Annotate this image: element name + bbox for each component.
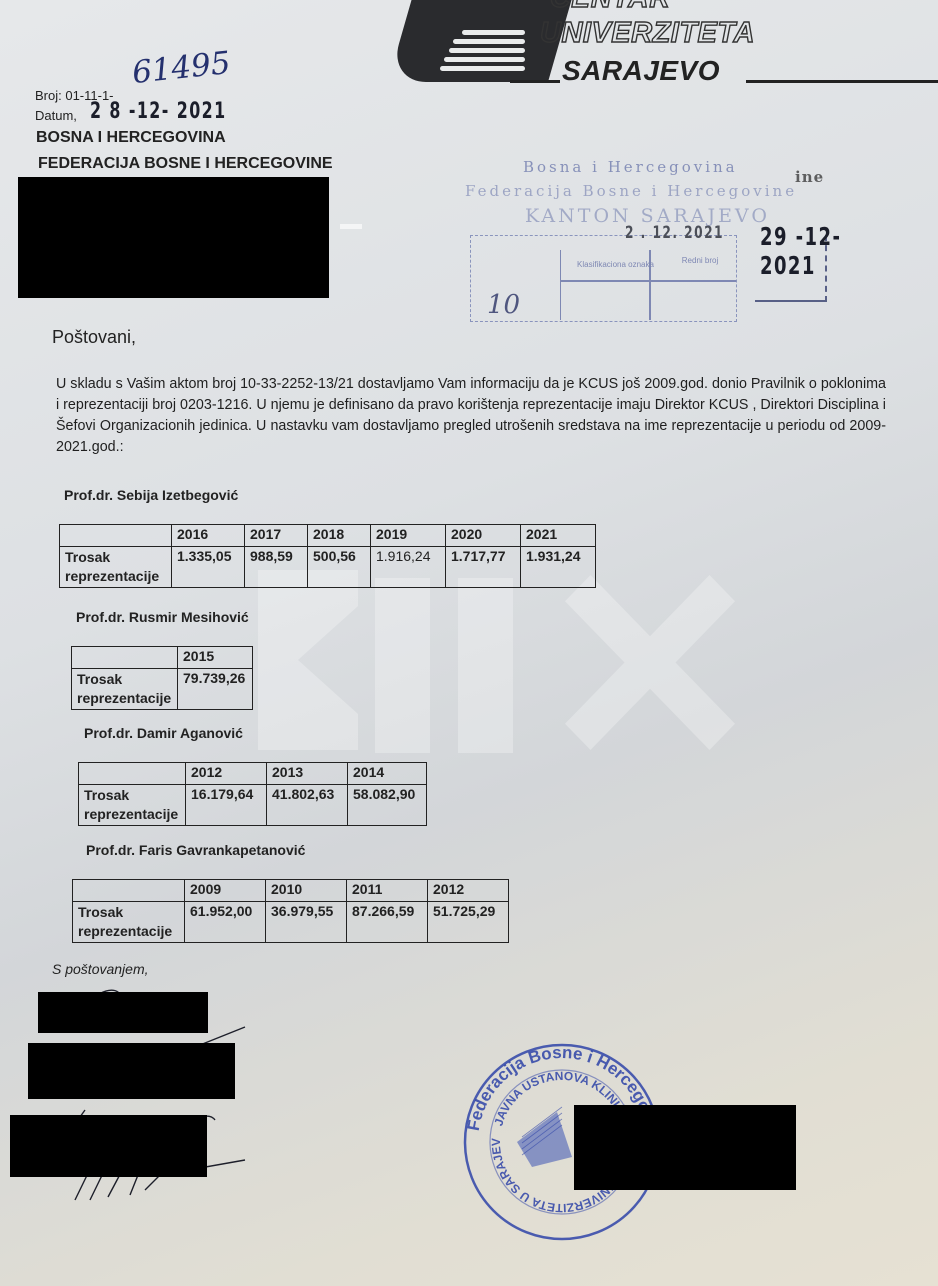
received-date: 29 -12- 2021 [760, 222, 888, 280]
year-cell: 2013 [267, 763, 348, 785]
year-cell: 2016 [172, 525, 245, 547]
redacted-recipient [18, 177, 329, 298]
year-cell: 2021 [521, 525, 596, 547]
greeting: Poštovani, [52, 327, 136, 348]
value-cell: 1.931,24 [521, 547, 596, 588]
redacted-signatory-1 [38, 992, 208, 1033]
row-label: Trosak reprezentacije [60, 547, 172, 588]
scan-artifact [340, 224, 362, 229]
value-cell: 988,59 [245, 547, 308, 588]
country-heading: BOSNA I HERCEGOVINA [36, 129, 226, 147]
table-row: Trosak reprezentacije 61.952,00 36.979,5… [73, 902, 509, 943]
reference-number-handwritten: 61495 [130, 45, 232, 91]
letterhead-line-3: SARAJEVO [562, 55, 720, 87]
stamp-line-2: Federacija Bosne i Hercegovine [465, 182, 797, 200]
table-row: Trosak reprezentacije 1.335,05 988,59 50… [60, 547, 596, 588]
value-cell: 1.717,77 [446, 547, 521, 588]
table-header-row: 2016 2017 2018 2019 2020 2021 [60, 525, 596, 547]
table-corner-cell [79, 763, 186, 785]
letterhead-rule [510, 80, 560, 83]
stamp-fragment: ine [795, 168, 824, 186]
value-cell: 500,56 [308, 547, 371, 588]
cost-table: 2009 2010 2011 2012 Trosak reprezentacij… [72, 879, 509, 943]
table-corner-cell [72, 647, 178, 669]
table-corner-cell [60, 525, 172, 547]
table-header-row: 2012 2013 2014 [79, 763, 427, 785]
stamp-line-1: Bosna i Hercegovina [523, 158, 738, 176]
closing-regards: S poštovanjem, [52, 961, 149, 977]
redacted-signatory-2 [28, 1043, 235, 1099]
letterhead-rule [746, 80, 938, 83]
year-cell: 2012 [186, 763, 267, 785]
person-name: Prof.dr. Sebija Izetbegović [64, 487, 238, 503]
year-cell: 2011 [347, 880, 428, 902]
year-cell: 2009 [185, 880, 266, 902]
table-header-row: 2015 [72, 647, 253, 669]
row-label: Trosak reprezentacije [72, 669, 178, 710]
value-cell: 41.802,63 [267, 785, 348, 826]
date-label: Datum, [35, 108, 77, 123]
year-cell: 2019 [371, 525, 446, 547]
person-name: Prof.dr. Faris Gavrankapetanović [86, 842, 305, 858]
person-name: Prof.dr. Rusmir Mesihović [76, 609, 249, 625]
table-corner-cell [73, 880, 185, 902]
redacted-signatory-3 [10, 1115, 207, 1177]
stamp-inner-date: 2 . 12. 2021 [625, 223, 724, 243]
table-row: Trosak reprezentacije 79.739,26 [72, 669, 253, 710]
value-cell: 87.266,59 [347, 902, 428, 943]
letterhead-line-1: CENTAR [550, 0, 671, 14]
cost-table: 2012 2013 2014 Trosak reprezentacije 16.… [78, 762, 427, 826]
value-cell: 61.952,00 [185, 902, 266, 943]
person-name: Prof.dr. Damir Aganović [84, 725, 243, 741]
logo-stripes [435, 30, 525, 80]
year-cell: 2014 [348, 763, 427, 785]
year-cell: 2010 [266, 880, 347, 902]
redacted-seal-signature [574, 1105, 796, 1190]
letterhead-line-2: UNIVERZITETA [540, 17, 755, 50]
year-cell: 2018 [308, 525, 371, 547]
value-cell: 58.082,90 [348, 785, 427, 826]
value-cell: 1.335,05 [172, 547, 245, 588]
stamp-col-label-1: Klasifikaciona oznaka [577, 260, 654, 269]
row-label: Trosak reprezentacije [79, 785, 186, 826]
date-stamp: 2 8 -12- 2021 [90, 99, 227, 124]
year-cell: 2015 [178, 647, 253, 669]
stamp-col-label-2: Redni broj [670, 256, 730, 265]
value-cell: 36.979,55 [266, 902, 347, 943]
year-cell: 2020 [446, 525, 521, 547]
body-paragraph: U skladu s Vašim aktom broj 10-33-2252-1… [56, 374, 886, 458]
value-cell: 16.179,64 [186, 785, 267, 826]
table-row: Trosak reprezentacije 16.179,64 41.802,6… [79, 785, 427, 826]
row-label: Trosak reprezentacije [73, 902, 185, 943]
value-cell: 51.725,29 [428, 902, 509, 943]
value-cell: 1.916,24 [371, 547, 446, 588]
year-cell: 2017 [245, 525, 308, 547]
cost-table: 2015 Trosak reprezentacije 79.739,26 [71, 646, 253, 710]
value-cell: 79.739,26 [178, 669, 253, 710]
stamp-handwritten-number: 10 [487, 290, 520, 320]
table-header-row: 2009 2010 2011 2012 [73, 880, 509, 902]
year-cell: 2012 [428, 880, 509, 902]
federation-heading: FEDERACIJA BOSNE I HERCEGOVINE [38, 155, 333, 173]
cost-table: 2016 2017 2018 2019 2020 2021 Trosak rep… [59, 524, 596, 588]
